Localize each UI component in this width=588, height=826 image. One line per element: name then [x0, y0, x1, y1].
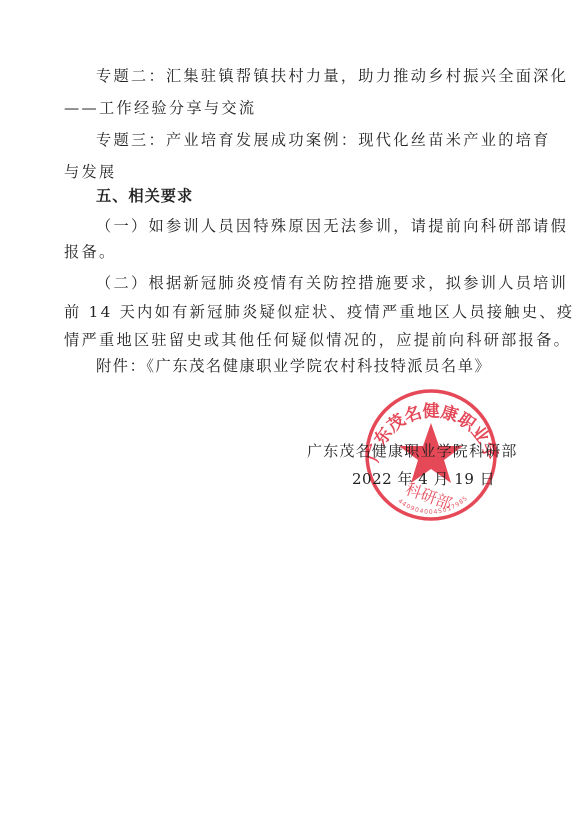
section-heading-requirements: 五、相关要求 — [96, 186, 193, 206]
topic2-line2: ——工作经验分享与交流 — [64, 98, 256, 118]
requirement-2-line3: 情严重地区驻留史或其他任何疑似情况的，应提前向科研部报备。 — [64, 330, 571, 350]
topic2-line1: 专题二：汇集驻镇帮镇扶村力量，助力推动乡村振兴全面深化 — [96, 66, 568, 86]
topic3-line2: 与发展 — [64, 162, 116, 182]
signature-organization: 广东茂名健康职业学院科研部 — [307, 440, 518, 461]
requirement-2-line1: （二）根据新冠肺炎疫情有关防控措施要求，拟参训人员培训 — [96, 273, 568, 293]
topic3-line1: 专题三：产业培育发展成功案例：现代化丝苗米产业的培育 — [96, 130, 551, 150]
requirement-1-line1: （一）如参训人员因特殊原因无法参训，请提前向科研部请假 — [96, 216, 568, 236]
attachment-line: 附件：《广东茂名健康职业学院农村科技特派员名单》 — [96, 356, 491, 376]
signature-date: 2022 年 4 月 19 日 — [352, 468, 495, 489]
requirement-2-line2: 前 14 天内如有新冠肺炎疑似症状、疫情严重地区人员接触史、疫 — [64, 302, 574, 322]
requirement-1-line2: 报备。 — [64, 242, 116, 262]
